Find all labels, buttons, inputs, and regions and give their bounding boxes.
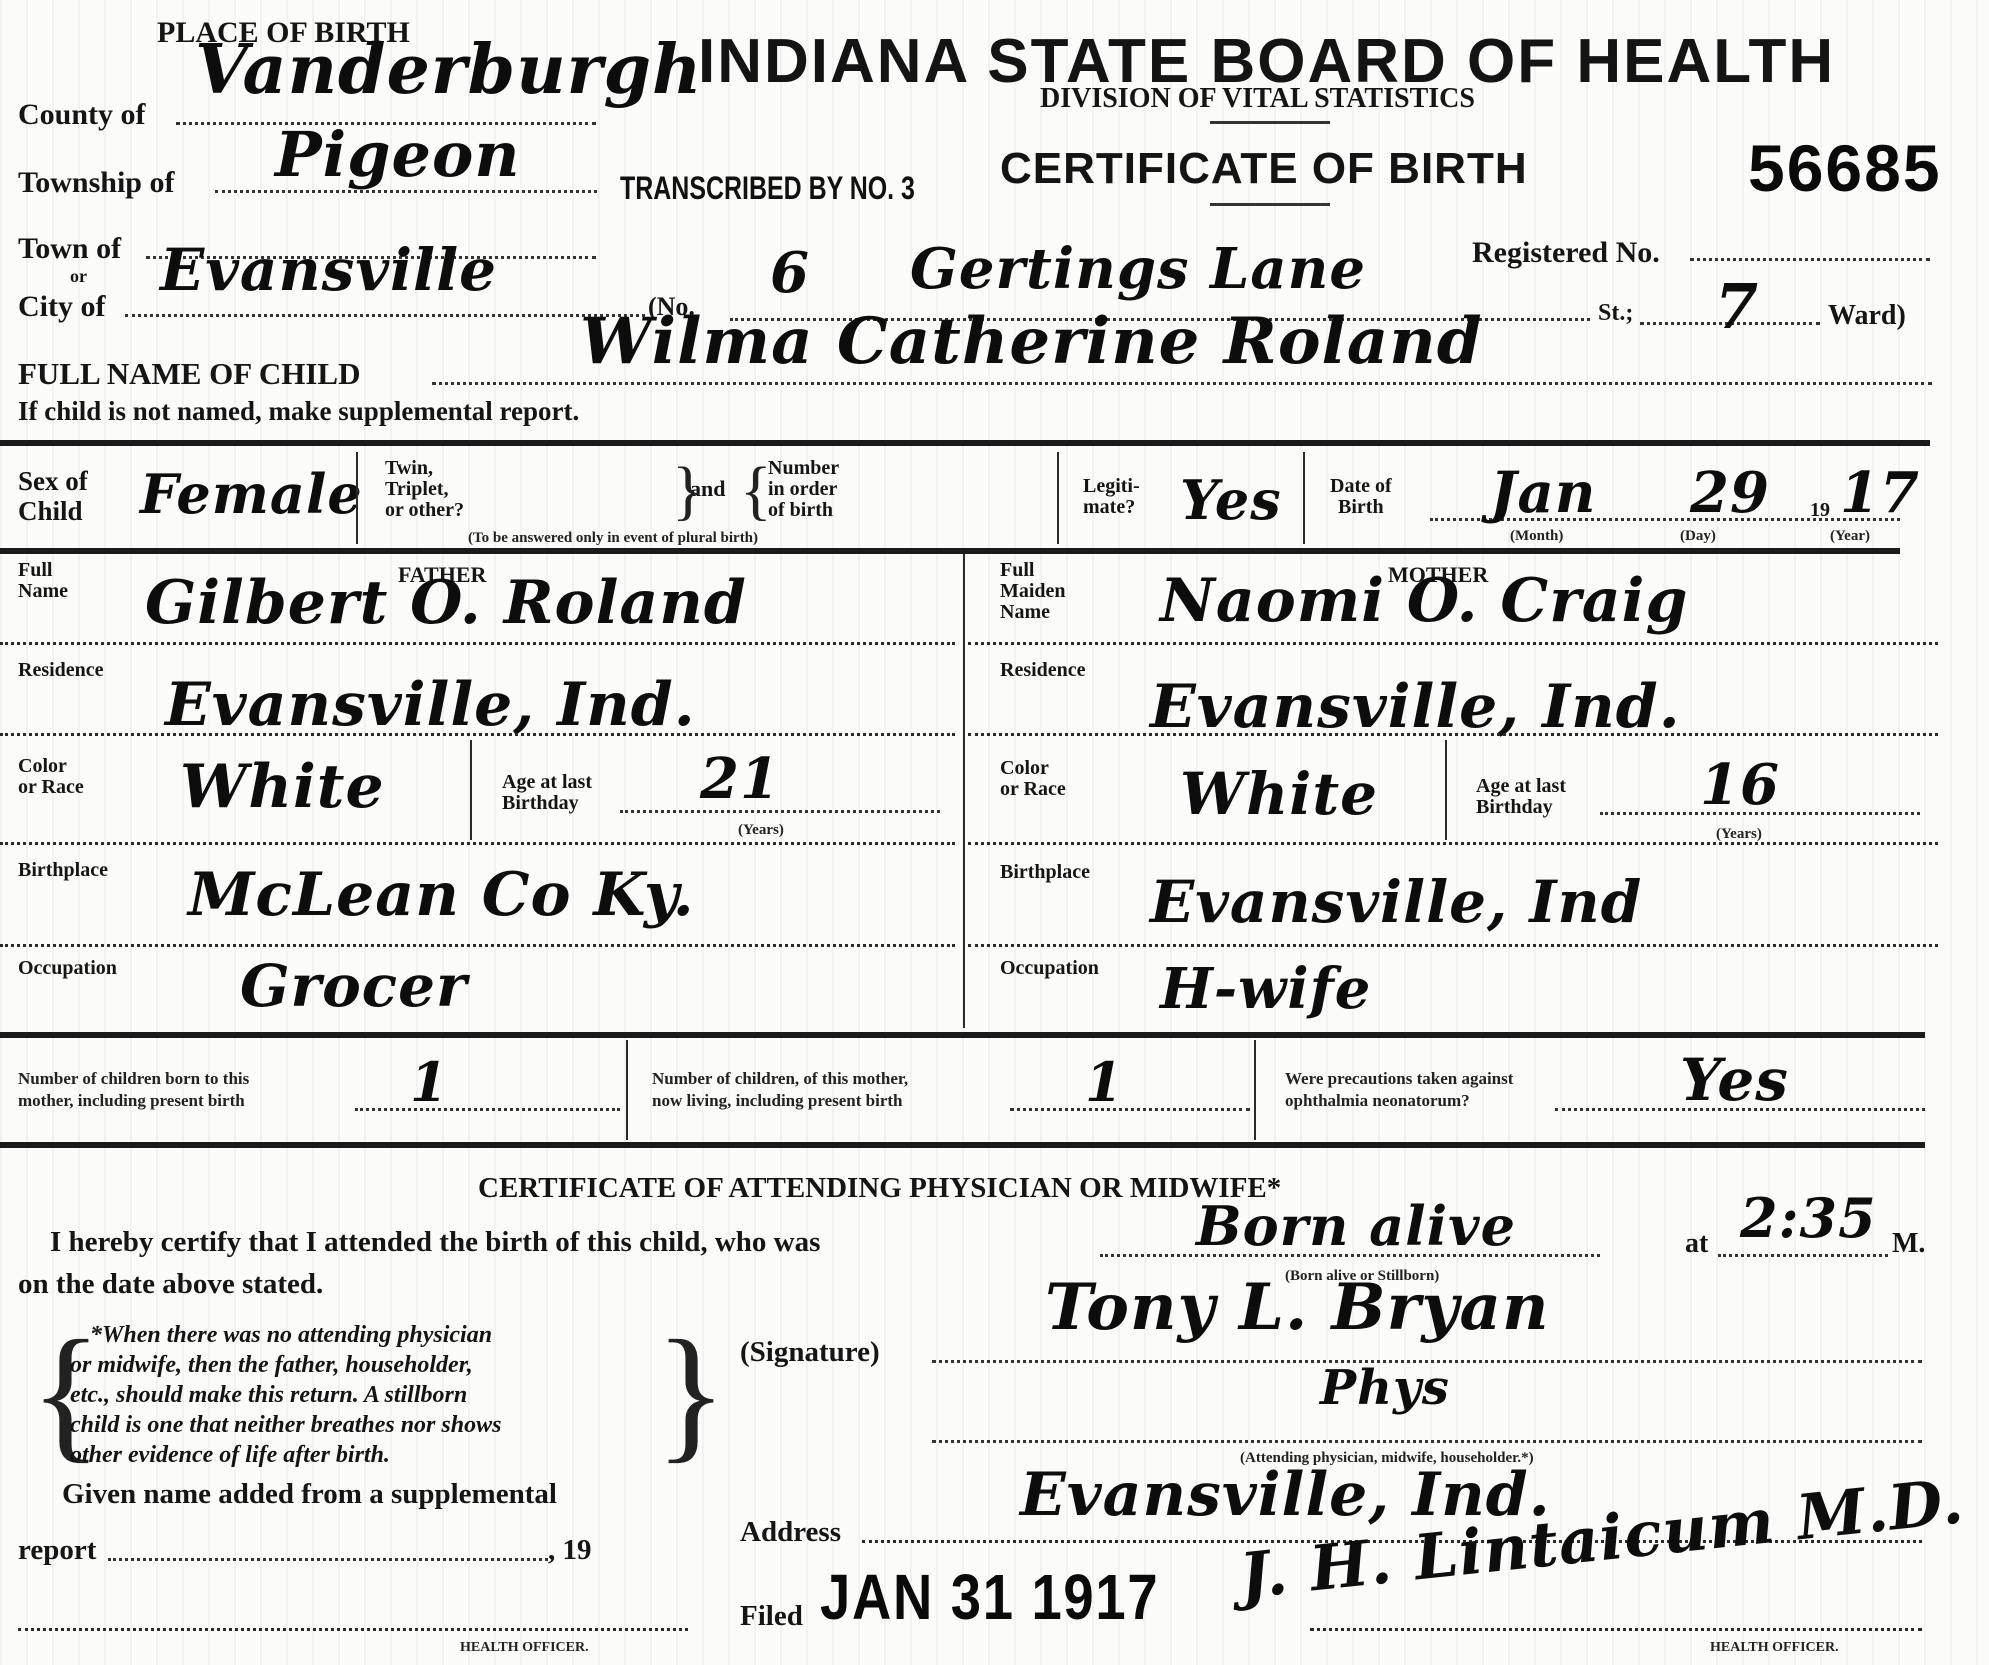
mother-residence-label: Residence <box>1000 660 1086 681</box>
health-officer-line-left <box>18 1628 688 1631</box>
legitimate-label: Legiti- mate? <box>1083 476 1140 518</box>
mother-occupation-value: H-wife <box>1160 956 1371 1022</box>
sex-value: Female <box>140 462 363 526</box>
filed-label: Filed <box>740 1600 803 1633</box>
dob-line-1: Date of <box>1330 476 1392 497</box>
divider <box>1303 452 1305 544</box>
row-rule <box>0 944 955 947</box>
order-line-1: Number <box>768 458 839 479</box>
note-line: *When there was no attending physician <box>70 1320 501 1350</box>
birth-certificate-page: PLACE OF BIRTH INDIANA STATE BOARD OF HE… <box>0 0 1989 1665</box>
father-name-value: Gilbert O. Roland <box>145 568 747 638</box>
health-officer-right: HEALTH OFFICER. <box>1710 1640 1839 1656</box>
time-line <box>1718 1254 1888 1257</box>
twin-line-2: Triplet, <box>385 479 464 500</box>
registered-no-line <box>1690 258 1930 261</box>
order-line-3: of birth <box>768 500 839 521</box>
label-line: Color <box>18 756 84 777</box>
divider <box>626 1040 628 1140</box>
label-line: or Race <box>18 777 84 798</box>
row-rule <box>968 842 1938 845</box>
sex-label-line-1: Sex of <box>18 466 88 496</box>
address-label: Address <box>740 1516 841 1549</box>
report-year-prefix: , 19 <box>548 1534 592 1567</box>
township-value: Pigeon <box>275 118 520 191</box>
ward-label: Ward) <box>1828 300 1906 332</box>
child-name-value: Wilma Catherine Roland <box>580 304 1483 379</box>
father-residence-label: Residence <box>18 660 104 681</box>
child-name-label: FULL NAME OF CHILD <box>18 356 360 392</box>
children-living-value: 1 <box>1085 1050 1124 1114</box>
row-rule <box>0 733 955 736</box>
mother-age-label: Age at last Birthday <box>1476 776 1566 818</box>
dob-month: Jan <box>1490 460 1597 526</box>
father-race-value: White <box>180 752 385 822</box>
signature-label: (Signature) <box>740 1336 880 1369</box>
day-caption: (Day) <box>1680 528 1716 545</box>
twin-line-1: Twin, <box>385 458 464 479</box>
title-line <box>932 1440 1922 1443</box>
label-line: Age at last <box>1476 776 1566 797</box>
label-line: or Race <box>1000 779 1066 800</box>
label-line: Age at last <box>502 772 592 793</box>
label-line: ophthalmia neonatorum? <box>1285 1090 1513 1112</box>
divider <box>1057 452 1059 544</box>
label-line: now living, including present birth <box>652 1090 908 1112</box>
ward-value: 7 <box>1715 270 1759 343</box>
row-rule <box>968 642 1938 645</box>
father-residence-value: Evansville, Ind. <box>165 670 696 740</box>
birth-time-value: 2:35 <box>1740 1186 1877 1250</box>
section-rule-4 <box>0 1142 1925 1148</box>
precautions-label: Were precautions taken against ophthalmi… <box>1285 1068 1513 1112</box>
year-caption: (Year) <box>1830 528 1870 545</box>
right-brace-icon: } <box>655 1318 727 1468</box>
brace-icon: } <box>672 458 704 524</box>
order-line-2: in order <box>768 479 839 500</box>
divider <box>470 740 472 840</box>
mother-years-caption: (Years) <box>1716 826 1762 843</box>
legit-line-1: Legiti- <box>1083 476 1140 497</box>
mother-occupation-label: Occupation <box>1000 958 1099 979</box>
county-label: County of <box>18 98 146 132</box>
legitimate-value: Yes <box>1180 468 1282 532</box>
children-born-label: Number of children born to this mother, … <box>18 1068 249 1112</box>
st-label: St.; <box>1598 300 1633 327</box>
father-race-label: Color or Race <box>18 756 84 798</box>
label-line: Were precautions taken against <box>1285 1068 1513 1090</box>
county-value: Vanderburgh <box>195 30 702 110</box>
father-birthplace-label: Birthplace <box>18 860 108 881</box>
street-name-value: Gertings Lane <box>910 236 1366 302</box>
section-rule-2 <box>0 548 1900 554</box>
section-rule-3 <box>0 1032 1925 1038</box>
father-name-label: Full Name <box>18 560 68 602</box>
mother-race-label: Color or Race <box>1000 758 1066 800</box>
filed-date-stamp: JAN 31 1917 <box>820 1560 1159 1634</box>
children-living-label: Number of children, of this mother, now … <box>652 1068 908 1112</box>
age-line <box>620 810 940 813</box>
precautions-value: Yes <box>1680 1046 1789 1114</box>
city-line <box>125 314 645 317</box>
title-rule-top <box>1210 121 1330 124</box>
mother-birthplace-label: Birthplace <box>1000 862 1090 883</box>
physician-title: Phys <box>1320 1360 1450 1416</box>
order-label: Number in order of birth <box>768 458 839 521</box>
brace-icon: { <box>740 458 772 524</box>
plural-birth-note: (To be answered only in event of plural … <box>468 530 758 547</box>
supplemental-note: If child is not named, make supplemental… <box>18 396 579 427</box>
report-line <box>108 1558 548 1561</box>
twin-label: Twin, Triplet, or other? <box>385 458 464 521</box>
note-line: or midwife, then the father, householder… <box>70 1350 501 1380</box>
certify-text: I hereby certify that I attended the bir… <box>50 1226 820 1259</box>
city-label: City of <box>18 290 105 324</box>
label-line: Birthday <box>1476 797 1566 818</box>
legit-line-2: mate? <box>1083 497 1140 518</box>
birth-status-value: Born alive <box>1196 1194 1516 1258</box>
note-line: etc., should make this return. A stillbo… <box>70 1380 501 1410</box>
mother-birthplace-value: Evansville, Ind <box>1150 868 1642 936</box>
label-line: Number of children, of this mother, <box>652 1068 908 1090</box>
father-age-value: 21 <box>700 746 780 812</box>
father-occupation-label: Occupation <box>18 958 117 979</box>
stillborn-note: *When there was no attending physician o… <box>70 1320 501 1470</box>
count-line <box>355 1108 620 1111</box>
label-line: Name <box>18 581 68 602</box>
children-born-value: 1 <box>410 1050 449 1114</box>
label-line: Number of children born to this <box>18 1068 249 1090</box>
row-rule <box>968 733 1938 736</box>
mother-name-value: Naomi O. Craig <box>1160 566 1688 636</box>
physician-signature: Tony L. Bryan <box>1045 1270 1550 1345</box>
row-rule <box>0 642 955 645</box>
certificate-number: 56685 <box>1748 130 1942 206</box>
label-line: Full <box>18 560 68 581</box>
mother-race-value: White <box>1180 760 1378 828</box>
note-line: other evidence of life after birth. <box>70 1440 501 1470</box>
health-officer-line-right <box>1310 1628 1922 1631</box>
twin-line-3: or other? <box>385 500 464 521</box>
township-label: Township of <box>18 166 174 200</box>
section-rule-1 <box>0 440 1930 446</box>
divider <box>356 452 358 544</box>
street-no-value: 6 <box>770 240 810 306</box>
registered-no-label: Registered No. <box>1472 236 1660 270</box>
father-birthplace-value: McLean Co Ky. <box>188 860 695 930</box>
title-rule-bottom <box>1210 203 1330 206</box>
sex-label-line-2: Child <box>18 496 88 526</box>
count-line <box>1010 1108 1250 1111</box>
father-occupation-value: Grocer <box>240 952 468 1020</box>
note-line: child is one that neither breathes nor s… <box>70 1410 501 1440</box>
health-officer-left: HEALTH OFFICER. <box>460 1640 589 1656</box>
label-line: Full <box>1000 560 1066 581</box>
divider <box>1254 1040 1256 1140</box>
label-line: Birthday <box>502 793 592 814</box>
m-label: M. <box>1892 1228 1925 1260</box>
sex-label: Sex of Child <box>18 466 88 526</box>
or-label: or <box>70 266 87 287</box>
father-age-label: Age at last Birthday <box>502 772 592 814</box>
report-label: report <box>18 1534 96 1567</box>
mother-age-value: 16 <box>1700 752 1780 818</box>
divider <box>1445 740 1447 840</box>
label-line: Name <box>1000 602 1066 623</box>
dob-day: 29 <box>1690 460 1770 526</box>
at-label: at <box>1685 1228 1708 1260</box>
row-rule <box>0 842 955 845</box>
division-subtitle: DIVISION OF VITAL STATISTICS <box>1040 83 1475 115</box>
town-label: Town of <box>18 232 121 266</box>
dob-year: 17 <box>1840 460 1920 526</box>
row-rule <box>968 944 1938 947</box>
dob-label: Date of Birth <box>1330 476 1392 518</box>
given-name-text: Given name added from a supplemental <box>62 1478 557 1511</box>
child-name-line <box>432 382 1932 385</box>
label-line: Maiden <box>1000 581 1066 602</box>
mother-residence-value: Evansville, Ind. <box>1150 672 1681 742</box>
label-line: mother, including present birth <box>18 1090 249 1112</box>
label-line: Color <box>1000 758 1066 779</box>
parents-divider <box>963 554 965 1028</box>
transcribed-note: TRANSCRIBED BY NO. 3 <box>620 170 915 207</box>
attending-title: CERTIFICATE OF ATTENDING PHYSICIAN OR MI… <box>478 1172 1281 1205</box>
mother-name-label: Full Maiden Name <box>1000 560 1066 623</box>
father-years-caption: (Years) <box>738 822 784 839</box>
month-caption: (Month) <box>1510 528 1563 545</box>
city-value: Evansville <box>160 236 497 304</box>
dob-year-prefix: 19 <box>1810 500 1830 521</box>
form-title: CERTIFICATE OF BIRTH <box>1000 144 1528 194</box>
dob-line-2: Birth <box>1330 497 1392 518</box>
date-above-text: on the date above stated. <box>18 1268 323 1301</box>
